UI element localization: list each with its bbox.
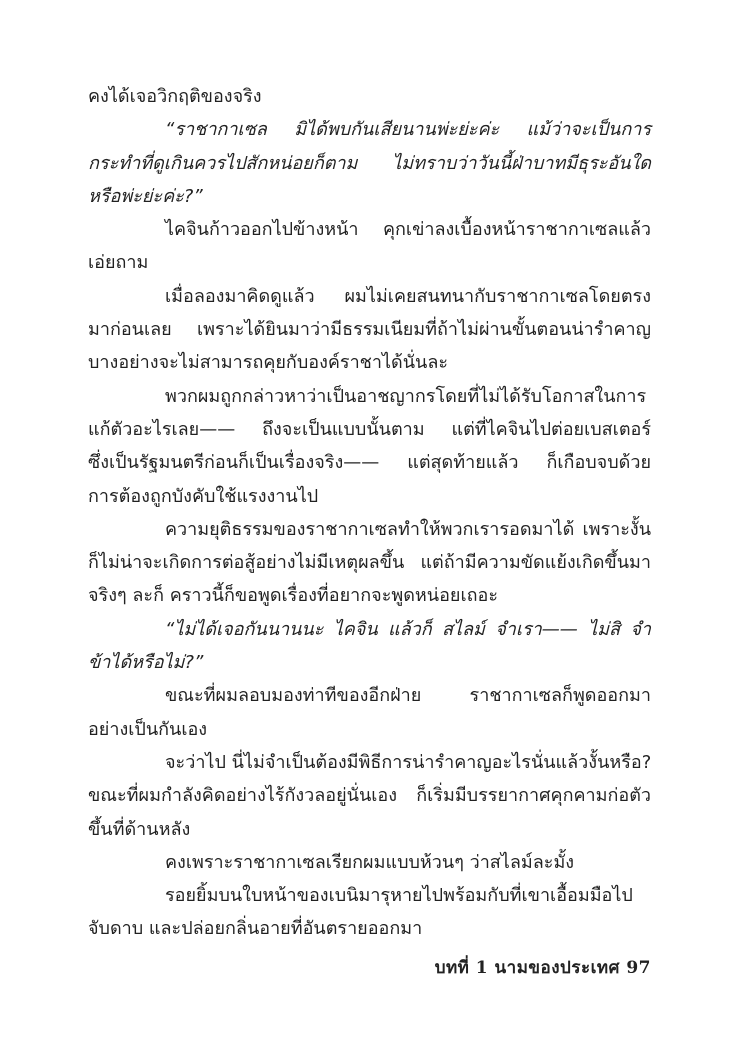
- text-line: คงเพราะราชากาเซลเรียกผมแบบห้วนๆ ว่าสไลม์…: [88, 846, 651, 879]
- text-line: ขณะที่ผมลอบมองท่าทีของอีกฝ่าย ราชากาเซลก…: [88, 679, 651, 712]
- dialogue-line: “ราชากาเซล มิได้พบกันเสียนานพ่ะย่ะค่ะ แม…: [88, 113, 651, 146]
- text-line: ขึ้นที่ด้านหลัง: [88, 813, 651, 846]
- text-line: การต้องถูกบังคับใช้แรงงานไป: [88, 480, 651, 513]
- text-line: ความยุติธรรมของราชากาเซลทำให้พวกเรารอดมา…: [88, 513, 651, 546]
- text-line: จับดาบ และปล่อยกลิ่นอายที่อันตรายออกมา: [88, 912, 651, 945]
- text-line: ไคจินก้าวออกไปข้างหน้า คุกเข่าลงเบื้องหน…: [88, 213, 651, 246]
- text-line: คงได้เจอวิกฤติของจริง: [88, 80, 651, 113]
- text-line: อย่างเป็นกันเอง: [88, 713, 651, 746]
- footer-chapter-title-and-page-number: บทที่ 1 นามของประเทศ 97: [435, 958, 651, 978]
- text-line: บางอย่างจะไม่สามารถคุยกับองค์ราชาได้นั่น…: [88, 346, 651, 379]
- dialogue-line: หรือพ่ะย่ะค่ะ?”: [88, 180, 651, 213]
- text-line: พวกผมถูกกล่าวหาว่าเป็นอาชญากรโดยที่ไม่ได…: [88, 380, 651, 413]
- text-line: ขณะที่ผมกำลังคิดอย่างไร้กังวลอยู่นั่นเอง…: [88, 779, 651, 812]
- text-line: ก็ไม่น่าจะเกิดการต่อสู้อย่างไม่มีเหตุผลข…: [88, 546, 651, 579]
- page-body: คงได้เจอวิกฤติของจริง“ราชากาเซล มิได้พบก…: [88, 80, 651, 946]
- text-line: เมื่อลองมาคิดดูแล้ว ผมไม่เคยสนทนากับราชา…: [88, 280, 651, 313]
- text-line: เอ่ยถาม: [88, 246, 651, 279]
- running-footer: บทที่ 1 นามของประเทศ 97: [435, 954, 651, 981]
- dialogue-line: ข้าได้หรือไม่?”: [88, 646, 651, 679]
- text-line: รอยยิ้มบนใบหน้าของเบนิมารุหายไปพร้อมกับท…: [88, 879, 651, 912]
- text-line: แก้ตัวอะไรเลย—— ถึงจะเป็นแบบนั้นตาม แต่ท…: [88, 413, 651, 446]
- text-line: จะว่าไป นี่ไม่จำเป็นต้องมีพิธีการน่ารำคา…: [88, 746, 651, 779]
- text-line: จริงๆ ละก็ คราวนี้ก็ขอพูดเรื่องที่อยากจะ…: [88, 579, 651, 612]
- dialogue-line: “ไม่ได้เจอกันนานนะ ไคจิน แล้วก็ สไลม์ จำ…: [88, 613, 651, 646]
- dialogue-line: กระทำที่ดูเกินควรไปสักหน่อยก็ตาม ไม่ทราบ…: [88, 147, 651, 180]
- text-line: มาก่อนเลย เพราะได้ยินมาว่ามีธรรมเนียมที่…: [88, 313, 651, 346]
- text-line: ซึ่งเป็นรัฐมนตรีก่อนก็เป็นเรื่องจริง—— แ…: [88, 446, 651, 479]
